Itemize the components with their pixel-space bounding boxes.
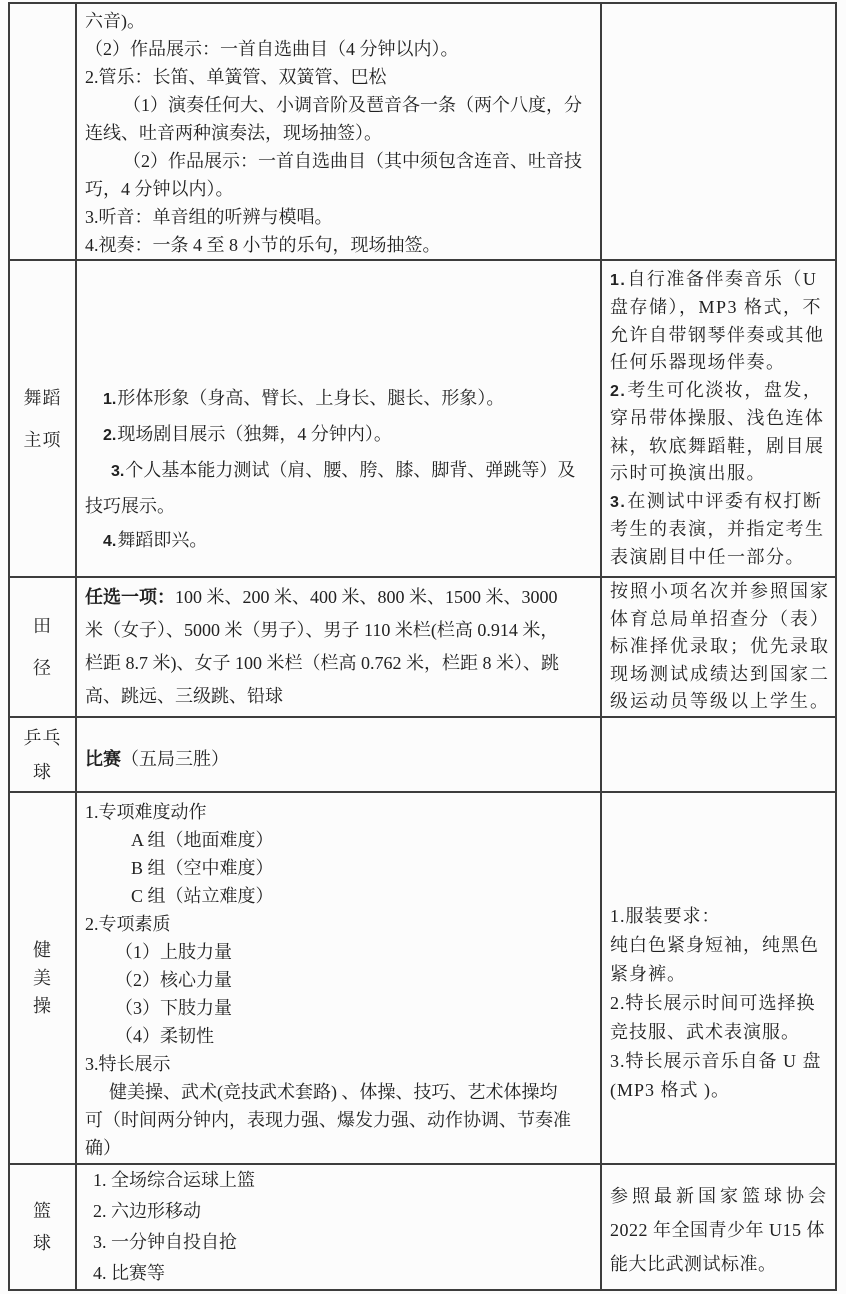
category-label: 美 (11, 964, 74, 992)
table-row-music: 六音)。 （2）作品展示：一首自选曲目（4 分钟以内）。 2.管乐：长笛、单簧管… (9, 3, 836, 260)
line-text: 盘存储），MP3 格式，不 (610, 297, 822, 317)
text-line: 确） (85, 1134, 596, 1162)
text-line: 表演剧目中任一部分。 (610, 544, 832, 572)
category-cell-track: 田 径 (9, 577, 76, 717)
category-label: 主项 (11, 419, 74, 461)
category-cell-basketball: 篮 球 (9, 1164, 76, 1290)
text-line: 标准择优录取；优先录取 (610, 633, 832, 661)
line-text: 形体形象（身高、臂长、上身长、腿长、形象）。 (117, 388, 504, 408)
dance-notes-cell: 1.自行准备伴奏音乐（U 盘存储），MP3 格式，不 允许自带钢琴伴奏或其他 任… (601, 260, 836, 577)
list-number: 2. (103, 427, 116, 444)
text-line: （2）核心力量 (85, 966, 596, 994)
text-line: 体育总局单招查分（表） (610, 606, 832, 634)
text-line: 高、跳远、三级跳、铅球 (85, 680, 596, 713)
line-text: 100 米、200 米、400 米、800 米、1500 米、3000 (175, 587, 558, 607)
text-line: 2.特长展示时间可选择换 (610, 989, 832, 1018)
category-label: 田 (11, 605, 74, 647)
text-line: 2022 年全国青少年 U15 体 (610, 1213, 832, 1247)
aerobics-notes-cell: 1.服装要求： 纯白色紧身短袖，纯黑色 紧身裤。 2.特长展示时间可选择换 竞技… (601, 792, 836, 1164)
text-line: (MP3 格式 )。 (610, 1076, 832, 1105)
text-line: 4.舞蹈即兴。 (85, 523, 596, 559)
text-line: 参照最新国家篮球协会 (610, 1179, 832, 1213)
text-line: A 组（地面难度） (85, 826, 596, 854)
basketball-content-cell: 1. 全场综合运球上篮 2. 六边形移动 3. 一分钟自投自抢 4. 比赛等 (76, 1164, 601, 1290)
category-cell-aerobics: 健 美 操 (9, 792, 76, 1164)
bold-lead: 任选一项： (85, 587, 175, 607)
text-line: 六音)。 (85, 7, 596, 35)
text-line: （2）作品展示：一首自选曲目（4 分钟以内）。 (85, 35, 596, 63)
category-cell-empty (9, 3, 76, 260)
text-line: 穿吊带体操服、浅色连体 (610, 405, 832, 433)
list-number: 2. (610, 383, 626, 400)
text-line: 示时可换演出服。 (610, 460, 832, 488)
aerobics-content-cell: 1.专项难度动作 A 组（地面难度） B 组（空中难度） C 组（站立难度） 2… (76, 792, 601, 1164)
line-text: 技巧展示。 (85, 496, 175, 516)
text-line: 2.考生可化淡妆，盘发， (610, 377, 832, 406)
text-line: 比赛（五局三胜） (85, 744, 596, 774)
category-label: 球 (11, 755, 74, 789)
text-line: 连线、吐音两种演奏法，现场抽签）。 (85, 119, 596, 147)
line-text: 现场剧目展示（独舞，4 分钟内）。 (117, 424, 392, 444)
text-line: 2.管乐：长笛、单簧管、双簧管、巴松 (85, 63, 596, 91)
list-number: 4. (103, 533, 116, 550)
line-text: 自行准备伴奏音乐（U (627, 269, 817, 289)
category-label: 乒乓 (11, 721, 74, 755)
basketball-notes-cell: 参照最新国家篮球协会 2022 年全国青少年 U15 体 能大比武测试标准。 (601, 1164, 836, 1290)
line-text: 考生的表演，并指定考生 (610, 519, 825, 539)
line-text: 穿吊带体操服、浅色连体 (610, 408, 825, 428)
text-line: 1.自行准备伴奏音乐（U (610, 266, 832, 295)
text-line: 任选一项：100 米、200 米、400 米、800 米、1500 米、3000 (85, 581, 596, 614)
text-line: （2）作品展示：一首自选曲目（其中须包含连音、吐音技 (85, 147, 596, 175)
text-line: 2.现场剧目展示（独舞，4 分钟内）。 (85, 417, 596, 453)
music-notes-cell (601, 3, 836, 260)
text-line: 按照小项名次并参照国家 (610, 578, 832, 606)
text-line: （1）上肢力量 (85, 938, 596, 966)
category-label: 操 (11, 992, 74, 1020)
text-line: 健美操、武术(竞技武术套路) 、体操、技巧、艺术体操均 (85, 1078, 596, 1106)
text-line: 可（时间两分钟内，表现力强、爆发力强、动作协调、节奏准 (85, 1106, 596, 1134)
category-cell-dance: 舞蹈 主项 (9, 260, 76, 577)
category-label: 篮 (11, 1195, 74, 1227)
line-text: 考生可化淡妆，盘发， (627, 380, 822, 400)
bold-lead: 比赛 (85, 749, 121, 769)
line-text: 袜，软底舞蹈鞋，剧目展 (610, 436, 825, 456)
track-notes-cell: 按照小项名次并参照国家 体育总局单招查分（表） 标准择优录取；优先录取 现场测试… (601, 577, 836, 717)
line-text: 任何乐器现场伴奏。 (610, 352, 786, 372)
text-line: 栏距 8.7 米)、女子 100 米栏（栏高 0.762 米，栏距 8 米）、跳 (85, 647, 596, 680)
text-line: 1.专项难度动作 (85, 798, 596, 826)
text-line: 技巧展示。 (85, 489, 596, 523)
category-label: 径 (11, 647, 74, 689)
text-line: （1）演奏任何大、小调音阶及琶音各一条（两个八度，分 (85, 91, 596, 119)
specialty-test-table: 六音)。 （2）作品展示：一首自选曲目（4 分钟以内）。 2.管乐：长笛、单簧管… (8, 2, 837, 1291)
text-line: （3）下肢力量 (85, 994, 596, 1022)
text-line: 能大比武测试标准。 (610, 1247, 832, 1281)
category-cell-pingpong: 乒乓 球 (9, 717, 76, 792)
text-line: 1.形体形象（身高、臂长、上身长、腿长、形象）。 (85, 381, 596, 417)
pingpong-notes-cell (601, 717, 836, 792)
pingpong-content-cell: 比赛（五局三胜） (76, 717, 601, 792)
text-line: 竞技服、武术表演服。 (610, 1018, 832, 1047)
text-line: 米（女子）、5000 米（男子）、男子 110 米栏(栏高 0.914 米， (85, 614, 596, 647)
text-line: 3.听音：单音组的听辨与模唱。 (85, 203, 596, 231)
text-line: 允许自带钢琴伴奏或其他 (610, 322, 832, 350)
text-line: 级运动员等级以上学生。 (610, 688, 832, 716)
line-text: （五局三胜） (121, 749, 229, 769)
list-number: 1. (103, 391, 116, 408)
line-text: 允许自带钢琴伴奏或其他 (610, 325, 825, 345)
dance-content-cell: 1.形体形象（身高、臂长、上身长、腿长、形象）。 2.现场剧目展示（独舞，4 分… (76, 260, 601, 577)
list-number: 3. (610, 494, 626, 511)
text-line: C 组（站立难度） (85, 882, 596, 910)
text-line: 任何乐器现场伴奏。 (610, 349, 832, 377)
text-line: 现场测试成绩达到国家二 (610, 661, 832, 689)
text-line: 3.个人基本能力测试（肩、腰、胯、膝、脚背、弹跳等）及 (85, 453, 596, 489)
text-line: （4）柔韧性 (85, 1022, 596, 1050)
category-label: 健 (11, 936, 74, 964)
list-number: 3. (111, 463, 124, 480)
text-line: 3.特长展示音乐自备 U 盘 (610, 1047, 832, 1076)
music-content-cell: 六音)。 （2）作品展示：一首自选曲目（4 分钟以内）。 2.管乐：长笛、单簧管… (76, 3, 601, 260)
list-number: 1. (610, 272, 626, 289)
line-text: 舞蹈即兴。 (117, 530, 207, 550)
text-line: 2. 六边形移动 (85, 1196, 596, 1227)
text-line: 袜，软底舞蹈鞋，剧目展 (610, 433, 832, 461)
text-line: 3. 一分钟自投自抢 (85, 1227, 596, 1258)
table-row-track: 田 径 任选一项：100 米、200 米、400 米、800 米、1500 米、… (9, 577, 836, 717)
table-row-aerobics: 健 美 操 1.专项难度动作 A 组（地面难度） B 组（空中难度） C 组（站… (9, 792, 836, 1164)
table-row-pingpong: 乒乓 球 比赛（五局三胜） (9, 717, 836, 792)
text-line: 1. 全场综合运球上篮 (85, 1165, 596, 1196)
text-line: 纯白色紧身短袖，纯黑色 (610, 931, 832, 960)
text-line: 4. 比赛等 (85, 1258, 596, 1289)
text-line: 盘存储），MP3 格式，不 (610, 294, 832, 322)
track-content-cell: 任选一项：100 米、200 米、400 米、800 米、1500 米、3000… (76, 577, 601, 717)
line-text: 示时可换演出服。 (610, 463, 766, 483)
line-text: 在测试中评委有权打断 (627, 491, 822, 511)
text-line: 2.专项素质 (85, 910, 596, 938)
text-line: 3.在测试中评委有权打断 (610, 488, 832, 517)
text-line: 4.视奏：一条 4 至 8 小节的乐句，现场抽签。 (85, 231, 596, 259)
category-label: 舞蹈 (11, 377, 74, 419)
line-text: 个人基本能力测试（肩、腰、胯、膝、脚背、弹跳等）及 (125, 460, 575, 480)
document-page: 六音)。 （2）作品展示：一首自选曲目（4 分钟以内）。 2.管乐：长笛、单簧管… (0, 0, 846, 1294)
text-line: 3.特长展示 (85, 1050, 596, 1078)
text-line: 1.服装要求： (610, 902, 832, 931)
text-line: B 组（空中难度） (85, 854, 596, 882)
table-row-basketball: 篮 球 1. 全场综合运球上篮 2. 六边形移动 3. 一分钟自投自抢 4. 比… (9, 1164, 836, 1290)
text-line: 巧，4 分钟以内）。 (85, 175, 596, 203)
line-text: 表演剧目中任一部分。 (610, 547, 805, 567)
text-line: 考生的表演，并指定考生 (610, 516, 832, 544)
text-line: 紧身裤。 (610, 960, 832, 989)
table-row-dance: 舞蹈 主项 1.形体形象（身高、臂长、上身长、腿长、形象）。 2.现场剧目展示（… (9, 260, 836, 577)
category-label: 球 (11, 1227, 74, 1259)
